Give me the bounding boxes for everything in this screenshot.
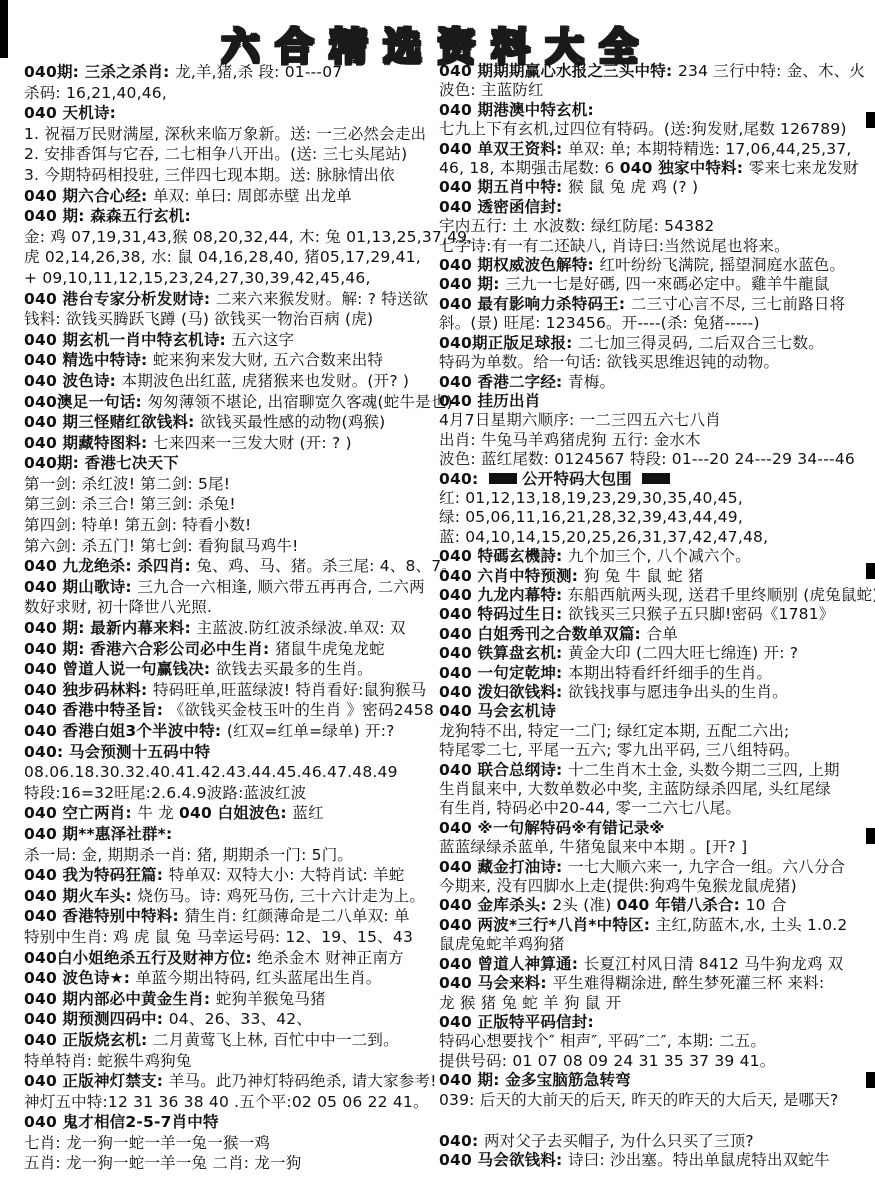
text-segment: 040 期火车头: [24,887,137,905]
text-line: 040 期山歌诗: 三九合一六相逢, 顺六带五再再合, 二六两 [24,577,437,598]
text-line: 第四剑: 特单! 第五剑: 特看小数! [24,515,437,536]
text-segment: 欲钱去买最多的生肖。 [216,660,373,678]
text-segment: 第六剑: 杀五门! 第七剑: 看狗鼠马鸡牛! [24,537,299,555]
text-line: 杀一局: 金, 期期杀一肖: 猪, 期期杀一门: 5门。 [24,845,437,866]
text-line: 040澳足一句话: 匆匆薄领不堪论, 出宿聊宽久客魂(蛇牛是也) [24,392,437,413]
text-line: 虎 02,14,26,38, 水: 鼠 04,16,28,40, 猪05,17,… [24,247,437,268]
text-line: 08.06.18.30.32.40.41.42.43.44.45.46.47.4… [24,762,437,783]
text-line: 第一剑: 杀红波! 第二剑: 5尾! [24,474,437,495]
text-segment: 二来六来猴发财。解: ? 特送欲 [216,290,429,308]
text-segment: 金: 鸡 07,19,31,43,猴 08,20,32,44, 木: 兔 01,… [24,228,472,246]
text-segment: 040 期山歌诗: [24,578,137,596]
text-segment: 040 正版烧玄机: [24,1031,153,1049]
text-line: 金: 鸡 07,19,31,43,猴 08,20,32,44, 木: 兔 01,… [24,227,437,248]
text-line: 039: 后天的大前天的后天, 昨天的昨天的大后天, 是哪天? [439,1091,875,1110]
text-line: 040 期: 香港六合彩公司必中生肖: 猪鼠牛虎兔龙蛇 [24,639,437,660]
text-segment: 040 九龙内幕特: [439,586,568,604]
text-line: 040 九龙内幕特: 东船西航两头现, 送君千里终顺别 (虎兔鼠蛇) [439,586,875,605]
text-line: 特别中生肖: 鸡 虎 鼠 兔 马幸运号码: 12、19、15、43 [24,927,437,948]
text-line: 今期来, 没有四脚水上走(提供:狗鸡牛兔猴龙鼠虎猪) [439,877,875,896]
text-line: 040 透密函信封: [439,198,875,217]
text-line: 040 波色诗★: 单蓝今期出特码, 红头蓝尾出生肖。 [24,968,437,989]
text-line: 040 ※一句解特码※有错记录※ [439,819,875,838]
text-line: 040 正版神灯禁支: 羊马。此乃神灯特码绝杀, 请大家参考! [24,1071,437,1092]
text-line: 040 马会欲钱料: 诗曰: 沙出塞。特出单鼠虎特出双蛇牛 [439,1151,875,1170]
text-line: 040 联合总纲诗: 十二生肖木土金, 头数今期二三四, 上期 [439,761,875,780]
text-segment: 040 马会欲钱料: [439,1151,568,1169]
text-line: 特段:16=32旺尾:2.6.4.9波路:蓝波红波 [24,783,437,804]
text-line: 040 香港中特圣旨: 《欲钱买金枝玉叶的生肖 》密码2458 [24,700,437,721]
text-segment: 匆匆薄领不堪论, 出宿聊宽久客魂(蛇牛是也) [147,393,452,411]
text-segment: 两对父子去买帽子, 为什么只买了三顶? [484,1132,754,1150]
text-segment: 第三剑: 杀三合! 第三剑: 杀兔! [24,495,236,513]
text-line: 第六剑: 杀五门! 第七剑: 看狗鼠马鸡牛! [24,536,437,557]
text-line: 040 期: 三九一七是好碼, 四一來碼必定中。雞羊牛龍鼠 [439,275,875,294]
text-segment: 040期: 三杀之杀肖: [24,63,175,81]
text-line: 杀码: 16,21,40,46, [24,83,437,104]
text-line: 040 马会玄机诗 [439,702,875,721]
text-segment: 040 期: 金多宝脑筋急转弯 [439,1071,631,1089]
text-line: 040 香港白姐3个半波中特: (红双=红单=绿单) 开:? [24,721,437,742]
text-segment: 欲钱买三只猴子五只脚!密码《1781》 [568,605,834,623]
text-line: 040 期: 最新内幕来料: 主蓝波.防红波杀绿波.单双: 双 [24,618,437,639]
text-segment: 欲钱找事与愿违争出头的生肖。 [568,683,788,701]
text-segment: 040: 马会预测十五码中特 [24,743,210,761]
text-segment: 040 期**惠泽社群*: [24,825,172,843]
text-line: 040 正版烧玄机: 二月黄莺飞上林, 百忙中中一二到。 [24,1030,437,1051]
text-segment: 本期出特看纤纤细手的生肖。 [568,664,772,682]
text-segment: 040 期三怪赌红欲钱料: [24,413,200,431]
text-segment: 040 藏金打油诗: [439,858,568,876]
text-segment: 特尾零二七, 平尾一五六; 零九出平码, 三八组特码。 [439,741,800,759]
text-segment: 羊马。此乃神灯特码绝杀, 请大家参考! [169,1072,437,1090]
text-segment: 040 期: 香港六合彩公司必中生肖: [24,640,275,658]
text-line: 040: 马会预测十五码中特 [24,742,437,763]
text-segment: 七字诗:有一有二还缺八, 肖诗曰:当然说尾也将来。 [439,237,790,255]
text-segment: 040 香港特别中特料: [24,907,184,925]
text-line: 040 期内部必中黄金生肖: 蛇狗羊猴兔马猪 [24,989,437,1010]
text-line: 040: 公开特码大包围 [439,470,875,489]
text-line: 040 香港二字经: 青梅。 [439,373,875,392]
text-line: 2. 安排香饵与它吞, 二七相争八开出。(送: 三七头尾站) [24,144,437,165]
text-segment: 04、26、33、42、 [169,1010,312,1028]
text-segment: 蓝蓝绿绿杀蓝单, 牛猪兔鼠来中本期 。[开? ] [439,838,747,856]
text-segment: 特码旺单,旺蓝绿波! 特肖看好:鼠狗猴马 [153,681,426,699]
text-segment: 040 九龙绝杀: 杀四肖: [24,557,196,575]
black-bar [489,473,517,484]
text-line: 040期: 三杀之杀肖: 龙,羊,猪,杀 段: 01---07 [24,62,437,83]
text-segment: 蓝红 [292,804,323,822]
text-segment: 040 独家中特料: [620,159,749,177]
text-segment: 040 泼妇欲钱料: [439,683,568,701]
text-line: 040 挂历出肖 [439,392,875,411]
text-line: 040 精选中特诗: 蛇来狗来发大财, 五六合数来出特 [24,350,437,371]
text-segment: 猪鼠牛虎兔龙蛇 [275,640,385,658]
text-segment: 040 期五肖中特: [439,178,568,196]
text-segment: 牛 龙 [137,804,179,822]
text-segment: 3. 今期特码相投驻, 三伴四七现本期。送: 脉脉情出依 [24,166,395,184]
text-segment: 040 一句定乾坤: [439,664,568,682]
text-segment: 040 波色诗: [24,372,122,390]
text-segment: 本期波色出红蓝, 虎猪猴来也发财。(开? ) [122,372,410,390]
text-segment: 神灯五中特:12 31 36 38 40 .五个平:02 05 06 22 41… [24,1093,429,1111]
text-segment: 青梅。 [568,373,615,391]
text-line: 040期正版足球报: 二七加三得灵码, 二后双合三七数。 [439,334,875,353]
text-line: 040 鬼才相信2-5-7肖中特 [24,1112,437,1133]
left-column: 040期: 三杀之杀肖: 龙,羊,猪,杀 段: 01---07杀码: 16,21… [0,62,437,1174]
page-title: 六合精选资料大全 [0,0,875,62]
text-line: 040 期港澳中特玄机: [439,101,875,120]
text-segment: 单双: 单曰: 周郎赤壁 出龙单 [153,187,352,205]
text-segment: 040 马会来料: [439,974,552,992]
text-segment: 040 铁算盘玄机: [439,644,568,662]
text-segment: 主红,防蓝木,水, 土头 1.0.2 [656,916,848,934]
text-segment: 040 期内部必中黄金生肖: [24,990,216,1008]
text-segment: 出肖: 牛兔马羊鸡猪虎狗 五行: 金水木 [439,431,701,449]
text-line: 040 期藏特图料: 七来四来一三发大财 (开: ? ) [24,433,437,454]
text-segment: 040 期藏特图料: [24,434,153,452]
text-segment: 特码为单数。给一句话: 欲钱买思维迟钝的动物。 [439,353,779,371]
text-segment: 今期来, 没有四脚水上走(提供:狗鸡牛兔猴龙鼠虎猪) [439,877,797,895]
text-line: 040 期预测四码中: 04、26、33、42、 [24,1009,437,1030]
text-segment: 猴 鼠 兔 虎 鸡 (? ) [568,178,698,196]
text-segment: 040 ※一句解特码※有错记录※ [439,819,665,837]
text-segment: 十二生肖木土金, 头数今期二三四, 上期 [568,761,840,779]
text-segment: 诗曰: 沙出塞。特出单鼠虎特出双蛇牛 [568,1151,830,1169]
text-segment: 红叶纷纷飞满院, 摇望洞庭水蓝色。 [599,256,845,274]
text-segment: 二月黄莺飞上林, 百忙中中一二到。 [153,1031,399,1049]
scan-artifact [0,0,8,58]
text-segment: 烧伤马。诗: 鸡死马伤, 三十六计走为上。 [137,887,425,905]
text-segment: 040 白姐波色: [179,804,292,822]
text-segment: 040 精选中特诗: [24,351,153,369]
text-line: 鼠虎兔蛇羊鸡狗猪 [439,935,875,954]
text-line: 040 空亡两肖: 牛 龙 040 白姐波色: 蓝红 [24,803,437,824]
text-segment: 040 香港白姐3个半波中特: [24,722,227,740]
text-segment: 4月7日星期六顺序: 一二三四五六七八肖 [439,411,721,429]
text-line: 040 港台专家分析发财诗: 二来六来猴发财。解: ? 特送欲 [24,289,437,310]
text-line: 040 金库杀头: 2头 (准) 040 年错八杀合: 10 合 [439,896,875,915]
text-segment: 九个加三个, 八个减六个。 [568,547,751,565]
text-segment: 040 期期期赢心水报之三头中特: [439,62,678,80]
text-line: 五肖: 龙一狗一蛇一羊一兔 二肖: 龙一狗 [24,1153,437,1174]
text-line: 4月7日星期六顺序: 一二三四五六七八肖 [439,411,875,430]
text-line: 特码心想要找个″ 相声″, 平码″二″, 本期: 二五。 [439,1032,875,1051]
text-line: 1. 祝福万民财满屋, 深秋来临万象新。送: 一三必然会走出 [24,124,437,145]
text-segment: 040 挂历出肖 [439,392,540,410]
text-segment: 040 空亡两肖: [24,804,137,822]
text-segment: 波色: 蓝红尾数: 0124567 特段: 01---20 24---29 34… [439,450,855,468]
text-segment: 040 曾道人说一句赢钱决: [24,660,216,678]
text-segment: 零来七来龙发财 [749,159,859,177]
text-segment: 长夏江村风日清 8412 马牛狗龙鸡 双 [584,955,844,973]
scan-artifact [866,563,875,579]
text-line: 红: 01,12,13,18,19,23,29,30,35,40,45, [439,489,875,508]
text-segment: 040期正版足球报: [439,334,578,352]
text-line: 040 六肖中特预测: 狗 兔 牛 鼠 蛇 猪 [439,567,875,586]
lottery-info-sheet: 六合精选资料大全 040期: 三杀之杀肖: 龙,羊,猪,杀 段: 01---07… [0,0,875,1189]
text-segment: 龙 猴 猪 兔 蛇 羊 狗 鼠 开 [439,994,621,1012]
text-segment: 040 天机诗: [24,104,116,122]
text-segment: 040 最有影响力杀特码王: [439,295,631,313]
text-segment: 040 正版神灯禁支: [24,1072,169,1090]
text-segment: 合单 [647,625,678,643]
text-line: + 09,10,11,12,15,23,24,27,30,39,42,45,46… [24,268,437,289]
text-segment: 公开特码大包围 [522,470,638,488]
text-segment: 040 六肖中特预测: [439,567,584,585]
text-line: 040 两波*三行*八肖*中特区: 主红,防蓝木,水, 土头 1.0.2 [439,916,875,935]
text-segment: 蛇来狗来发大财, 五六合数来出特 [153,351,383,369]
text-segment: 040 港台专家分析发财诗: [24,290,216,308]
text-segment: 040 正版特平码信封: [439,1013,594,1031]
text-line: 040 最有影响力杀特码王: 二三寸心言不尽, 三七前路日将 [439,295,875,314]
text-segment: 040 香港中特圣旨: [24,701,169,719]
text-segment: 一七大顺六来一, 九字合一组。六八分合 [568,858,845,876]
text-segment: 040 特碼玄機詩: [439,547,568,565]
text-line: 040 期**惠泽社群*: [24,824,437,845]
text-segment: 二七加三得灵码, 二后双合三七数。 [578,334,824,352]
text-segment: 龙狗特不出, 特定一二门; 绿红定本期, 五配二六出; [439,722,789,740]
text-line: 040 期玄机一肖中特玄机诗: 五六这字 [24,330,437,351]
text-segment: 1. 祝福万民财满屋, 深秋来临万象新。送: 一三必然会走出 [24,125,426,143]
text-line: 特单特肖: 蛇猴牛鸡狗兔 [24,1051,437,1072]
text-segment: 数好求财, 初十降世八光照. [24,598,212,616]
text-segment: 单蓝今期出特码, 红头蓝尾出生肖。 [136,969,382,987]
text-segment: 2. 安排香饵与它吞, 二七相争八开出。(送: 三七头尾站) [24,145,407,163]
text-segment: 040 透密函信封: [439,198,562,216]
text-segment: 七肖: 龙一狗一蛇一羊一兔一猴一鸡 [24,1134,270,1152]
text-segment: 040 期玄机一肖中特玄机诗: [24,331,232,349]
text-segment: 040白小姐绝杀五行及财神方位: [24,949,257,967]
text-segment: 斜。(景) 旺尾: 123456。开----(杀: 兔猪-----) [439,314,760,332]
text-line: 数好求财, 初十降世八光照. [24,597,437,618]
text-segment: + 09,10,11,12,15,23,24,27,30,39,42,45,46… [24,269,371,287]
text-segment: 鼠虎兔蛇羊鸡狗猪 [439,935,565,953]
text-line: 提供号码: 01 07 08 09 24 31 35 37 39 41。 [439,1052,875,1071]
text-line: 有生肖, 特码必中20-44, 零一二六七八尾。 [439,799,875,818]
text-segment: 040 特码过生日: [439,605,568,623]
text-segment: 2头 (准) [552,896,616,914]
text-segment: 特别中生肖: 鸡 虎 鼠 兔 马幸运号码: 12、19、15、43 [24,928,413,946]
text-line: 龙 猴 猪 兔 蛇 羊 狗 鼠 开 [439,994,875,1013]
text-line: 040 泼妇欲钱料: 欲钱找事与愿违争出头的生肖。 [439,683,875,702]
text-line: 040 特码过生日: 欲钱买三只猴子五只脚!密码《1781》 [439,605,875,624]
text-segment: 040: [439,1132,484,1150]
text-line: 040 期火车头: 烧伤马。诗: 鸡死马伤, 三十六计走为上。 [24,886,437,907]
text-segment: 红: 01,12,13,18,19,23,29,30,35,40,45, [439,489,743,507]
text-segment: 二三寸心言不尽, 三七前路日将 [631,295,845,313]
text-segment: 特段:16=32旺尾:2.6.4.9波路:蓝波红波 [24,784,306,802]
text-line: 七肖: 龙一狗一蛇一羊一兔一猴一鸡 [24,1133,437,1154]
text-segment: 040 期: [439,275,505,293]
text-line: 出肖: 牛兔马羊鸡猪虎狗 五行: 金水木 [439,431,875,450]
text-segment: 五肖: 龙一狗一蛇一羊一兔 二肖: 龙一狗 [24,1154,301,1172]
text-line: 绿: 05,06,11,16,21,28,32,39,43,44,49, [439,508,875,527]
text-segment: 040期: 香港七决天下 [24,454,179,472]
text-segment: 三九一七是好碼, 四一來碼必定中。雞羊牛龍鼠 [505,275,829,293]
text-segment: 绝杀金木 财神正南方 [257,949,403,967]
text-line: 040 特碼玄機詩: 九个加三个, 八个减六个。 [439,547,875,566]
text-line: 蓝: 04,10,14,15,20,25,26,31,37,42,47,48, [439,528,875,547]
text-segment: 039: 后天的大前天的后天, 昨天的昨天的大后天, 是哪天? [439,1091,838,1109]
text-segment: (红双=红单=绿单) 开:? [227,722,395,740]
text-line: 040 一句定乾坤: 本期出特看纤纤细手的生肖。 [439,664,875,683]
text-line: 波色: 蓝红尾数: 0124567 特段: 01---20 24---29 34… [439,450,875,469]
text-line: 040 期: 森森五行玄机: [24,206,437,227]
text-segment: 绿: 05,06,11,16,21,28,32,39,43,44,49, [439,508,743,526]
text-segment: 第四剑: 特单! 第五剑: 特看小数! [24,516,251,534]
text-line: 040 单双王资料: 单双: 单; 本期特精选: 17,06,44,25,37, [439,140,875,159]
text-line: 040 正版特平码信封: [439,1013,875,1032]
text-segment: 宇内五行: 土 水波数: 绿红防尾: 54382 [439,217,714,235]
text-segment: 有生肖, 特码必中20-44, 零一二六七八尾。 [439,799,741,817]
text-line: 蓝蓝绿绿杀蓝单, 牛猪兔鼠来中本期 。[开? ] [439,838,875,857]
text-line: 040 天机诗: [24,103,437,124]
text-segment: 特单特肖: 蛇猴牛鸡狗兔 [24,1052,192,1070]
text-segment: 波色: 主蓝防红 [439,81,544,99]
text-segment: 040 独步码林料: [24,681,153,699]
text-line: 七九上下有玄机,过四位有特码。(送:狗发财,尾数 126789) [439,120,875,139]
text-segment: 040 期权威波色解特: [439,256,599,274]
text-line: 040 独步码林料: 特码旺单,旺蓝绿波! 特肖看好:鼠狗猴马 [24,680,437,701]
text-line: 040 期三怪赌红欲钱料: 欲钱买最性感的动物(鸡猴) [24,412,437,433]
text-line: 040 铁算盘玄机: 黄金大印 (二四大旺七绵连) 开: ? [439,644,875,663]
text-segment: 040 单双王资料: [439,140,568,158]
text-line: 040 期六合心经: 单双: 单曰: 周郎赤壁 出龙单 [24,186,437,207]
text-segment: 东船西航两头现, 送君千里终顺别 (虎兔鼠蛇) [568,586,875,604]
text-line: 040 期五肖中特: 猴 鼠 兔 虎 鸡 (? ) [439,178,875,197]
text-segment: 七九上下有玄机,过四位有特码。(送:狗发财,尾数 126789) [439,120,847,138]
text-line: 46, 18, 本期强击尾数: 6 040 独家中特料: 零来七来龙发财 [439,159,875,178]
text-segment: 欲钱买最性感的动物(鸡猴) [200,413,385,431]
text-line: 040 白姐秀刊之合数单双篇: 合单 [439,625,875,644]
text-line: 040白小姐绝杀五行及财神方位: 绝杀金木 财神正南方 [24,948,437,969]
text-segment: 040澳足一句话: [24,393,147,411]
text-segment: 040 白姐秀刊之合数单双篇: [439,625,647,643]
right-column: 040 期期期赢心水报之三头中特: 234 三行中特: 金、木、火波色: 主蓝防… [437,62,875,1171]
text-segment: 040 期: 森森五行玄机: [24,207,191,225]
scan-artifact [866,112,875,128]
text-segment: 040 波色诗★: [24,969,136,987]
text-segment: 生肖鼠来中, 大数单数必中奖, 主蓝防绿杀四尾, 头红尾绿 [439,780,831,798]
text-segment: 单双: 单; 本期特精选: 17,06,44,25,37, [568,140,852,158]
text-segment: 46, 18, 本期强击尾数: 6 [439,159,620,177]
text-line: 宇内五行: 土 水波数: 绿红防尾: 54382 [439,217,875,236]
text-line: 040 藏金打油诗: 一七大顺六来一, 九字合一组。六八分合 [439,858,875,877]
text-segment: 040 年错八杀合: [617,896,746,914]
text-line: 040 我为特码狂篇: 特单双: 双特大小: 大特肖试: 羊蛇 [24,865,437,886]
text-segment: 虎 02,14,26,38, 水: 鼠 04,16,28,40, 猪05,17,… [24,248,421,266]
text-line: 特尾零二七, 平尾一五六; 零九出平码, 三八组特码。 [439,741,875,760]
text-line: 特码为单数。给一句话: 欲钱买思维迟钝的动物。 [439,353,875,372]
text-segment: 234 三行中特: 金、木、火 [678,62,865,80]
text-line: 040 期期期赢心水报之三头中特: 234 三行中特: 金、木、火 [439,62,875,81]
black-bar [642,473,670,484]
text-segment: 狗 兔 牛 鼠 蛇 猪 [584,567,704,585]
text-segment: 10 合 [746,896,787,914]
text-segment: 040 期: 最新内幕来料: [24,619,196,637]
text-line: 波色: 主蓝防红 [439,81,875,100]
text-line: 七字诗:有一有二还缺八, 肖诗曰:当然说尾也将来。 [439,237,875,256]
text-segment: 提供号码: 01 07 08 09 24 31 35 37 39 41。 [439,1052,775,1070]
text-segment: 040 我为特码狂篇: [24,866,169,884]
text-segment: 特码心想要找个″ 相声″, 平码″二″, 本期: 二五。 [439,1032,766,1050]
text-line: 040 期: 金多宝脑筋急转弯 [439,1071,875,1090]
text-segment: 040 马会玄机诗 [439,702,556,720]
line-gap [439,1110,875,1132]
text-segment: 040 鬼才相信2-5-7肖中特 [24,1113,219,1131]
text-line: 斜。(景) 旺尾: 123456。开----(杀: 兔猪-----) [439,314,875,333]
text-segment: 特单双: 双特大小: 大特肖试: 羊蛇 [169,866,405,884]
text-line: 040 九龙绝杀: 杀四肖: 兔、鸡、马、猪。杀三尾: 4、8、7。 [24,556,437,577]
text-segment: 黄金大印 (二四大旺七绵连) 开: ? [568,644,798,662]
text-segment: 龙,羊,猪,杀 段: 01---07 [175,63,342,81]
text-segment: 040: [439,470,484,488]
text-line: 040 波色诗: 本期波色出红蓝, 虎猪猴来也发财。(开? ) [24,371,437,392]
text-segment: 第一剑: 杀红波! 第二剑: 5尾! [24,475,230,493]
text-line: 第三剑: 杀三合! 第三剑: 杀兔! [24,494,437,515]
text-line: 龙狗特不出, 特定一二门; 绿红定本期, 五配二六出; [439,722,875,741]
text-line: 钱料: 欲钱买腾跃飞蹲 (马) 欲钱买一物治百病 (虎) [24,309,437,330]
text-segment: 杀一局: 金, 期期杀一肖: 猪, 期期杀一门: 5门。 [24,846,353,864]
text-line: 040 曾道人说一句赢钱决: 欲钱去买最多的生肖。 [24,659,437,680]
text-segment: 08.06.18.30.32.40.41.42.43.44.45.46.47.4… [24,763,398,781]
text-segment: 040 香港二字经: [439,373,568,391]
text-segment: 蛇狗羊猴兔马猪 [216,990,326,1008]
text-line: 040 香港特别中特料: 猜生肖: 红颜薄命是二八单双: 单 [24,906,437,927]
text-line: 040 马会来料: 平生难得糊涂进, 醉生梦死灌三杯 来料: [439,974,875,993]
text-segment: 《欲钱买金枝玉叶的生肖 》密码2458 [169,701,434,719]
text-segment: 三九合一六相逢, 顺六带五再再合, 二六两 [137,578,424,596]
text-line: 3. 今期特码相投驻, 三伴四七现本期。送: 脉脉情出依 [24,165,437,186]
text-line: 040: 两对父子去买帽子, 为什么只买了三顶? [439,1132,875,1151]
text-segment: 杀码: 16,21,40,46, [24,84,167,102]
text-segment: 七来四来一三发大财 (开: ? ) [153,434,352,452]
text-segment: 040 期预测四码中: [24,1010,169,1028]
text-line: 040期: 香港七决天下 [24,453,437,474]
text-segment: 五六这字 [232,331,295,349]
text-line: 神灯五中特:12 31 36 38 40 .五个平:02 05 06 22 41… [24,1092,437,1113]
text-line: 040 曾道人神算通: 长夏江村风日清 8412 马牛狗龙鸡 双 [439,955,875,974]
text-segment: 兔、鸡、马、猪。杀三尾: 4、8、7。 [196,557,457,575]
text-segment: 040 期港澳中特玄机: [439,101,594,119]
text-segment: 040 两波*三行*八肖*中特区: [439,916,656,934]
text-segment: 猜生肖: 红颜薄命是二八单双: 单 [184,907,409,925]
text-line: 040 期权威波色解特: 红叶纷纷飞满院, 摇望洞庭水蓝色。 [439,256,875,275]
text-segment: 平生难得糊涂进, 醉生梦死灌三杯 来料: [552,974,824,992]
scan-artifact [866,1072,875,1088]
content-columns: 040期: 三杀之杀肖: 龙,羊,猪,杀 段: 01---07杀码: 16,21… [0,62,875,1174]
text-segment: 040 联合总纲诗: [439,761,568,779]
scan-artifact [866,828,875,844]
text-segment: 040 曾道人神算通: [439,955,584,973]
text-segment: 040 金库杀头: [439,896,552,914]
text-segment: 040 期六合心经: [24,187,153,205]
text-segment: 主蓝波.防红波杀绿波.单双: 双 [196,619,405,637]
text-line: 生肖鼠来中, 大数单数必中奖, 主蓝防绿杀四尾, 头红尾绿 [439,780,875,799]
text-segment: 蓝: 04,10,14,15,20,25,26,31,37,42,47,48, [439,528,768,546]
text-segment: 钱料: 欲钱买腾跃飞蹲 (马) 欲钱买一物治百病 (虎) [24,310,373,328]
